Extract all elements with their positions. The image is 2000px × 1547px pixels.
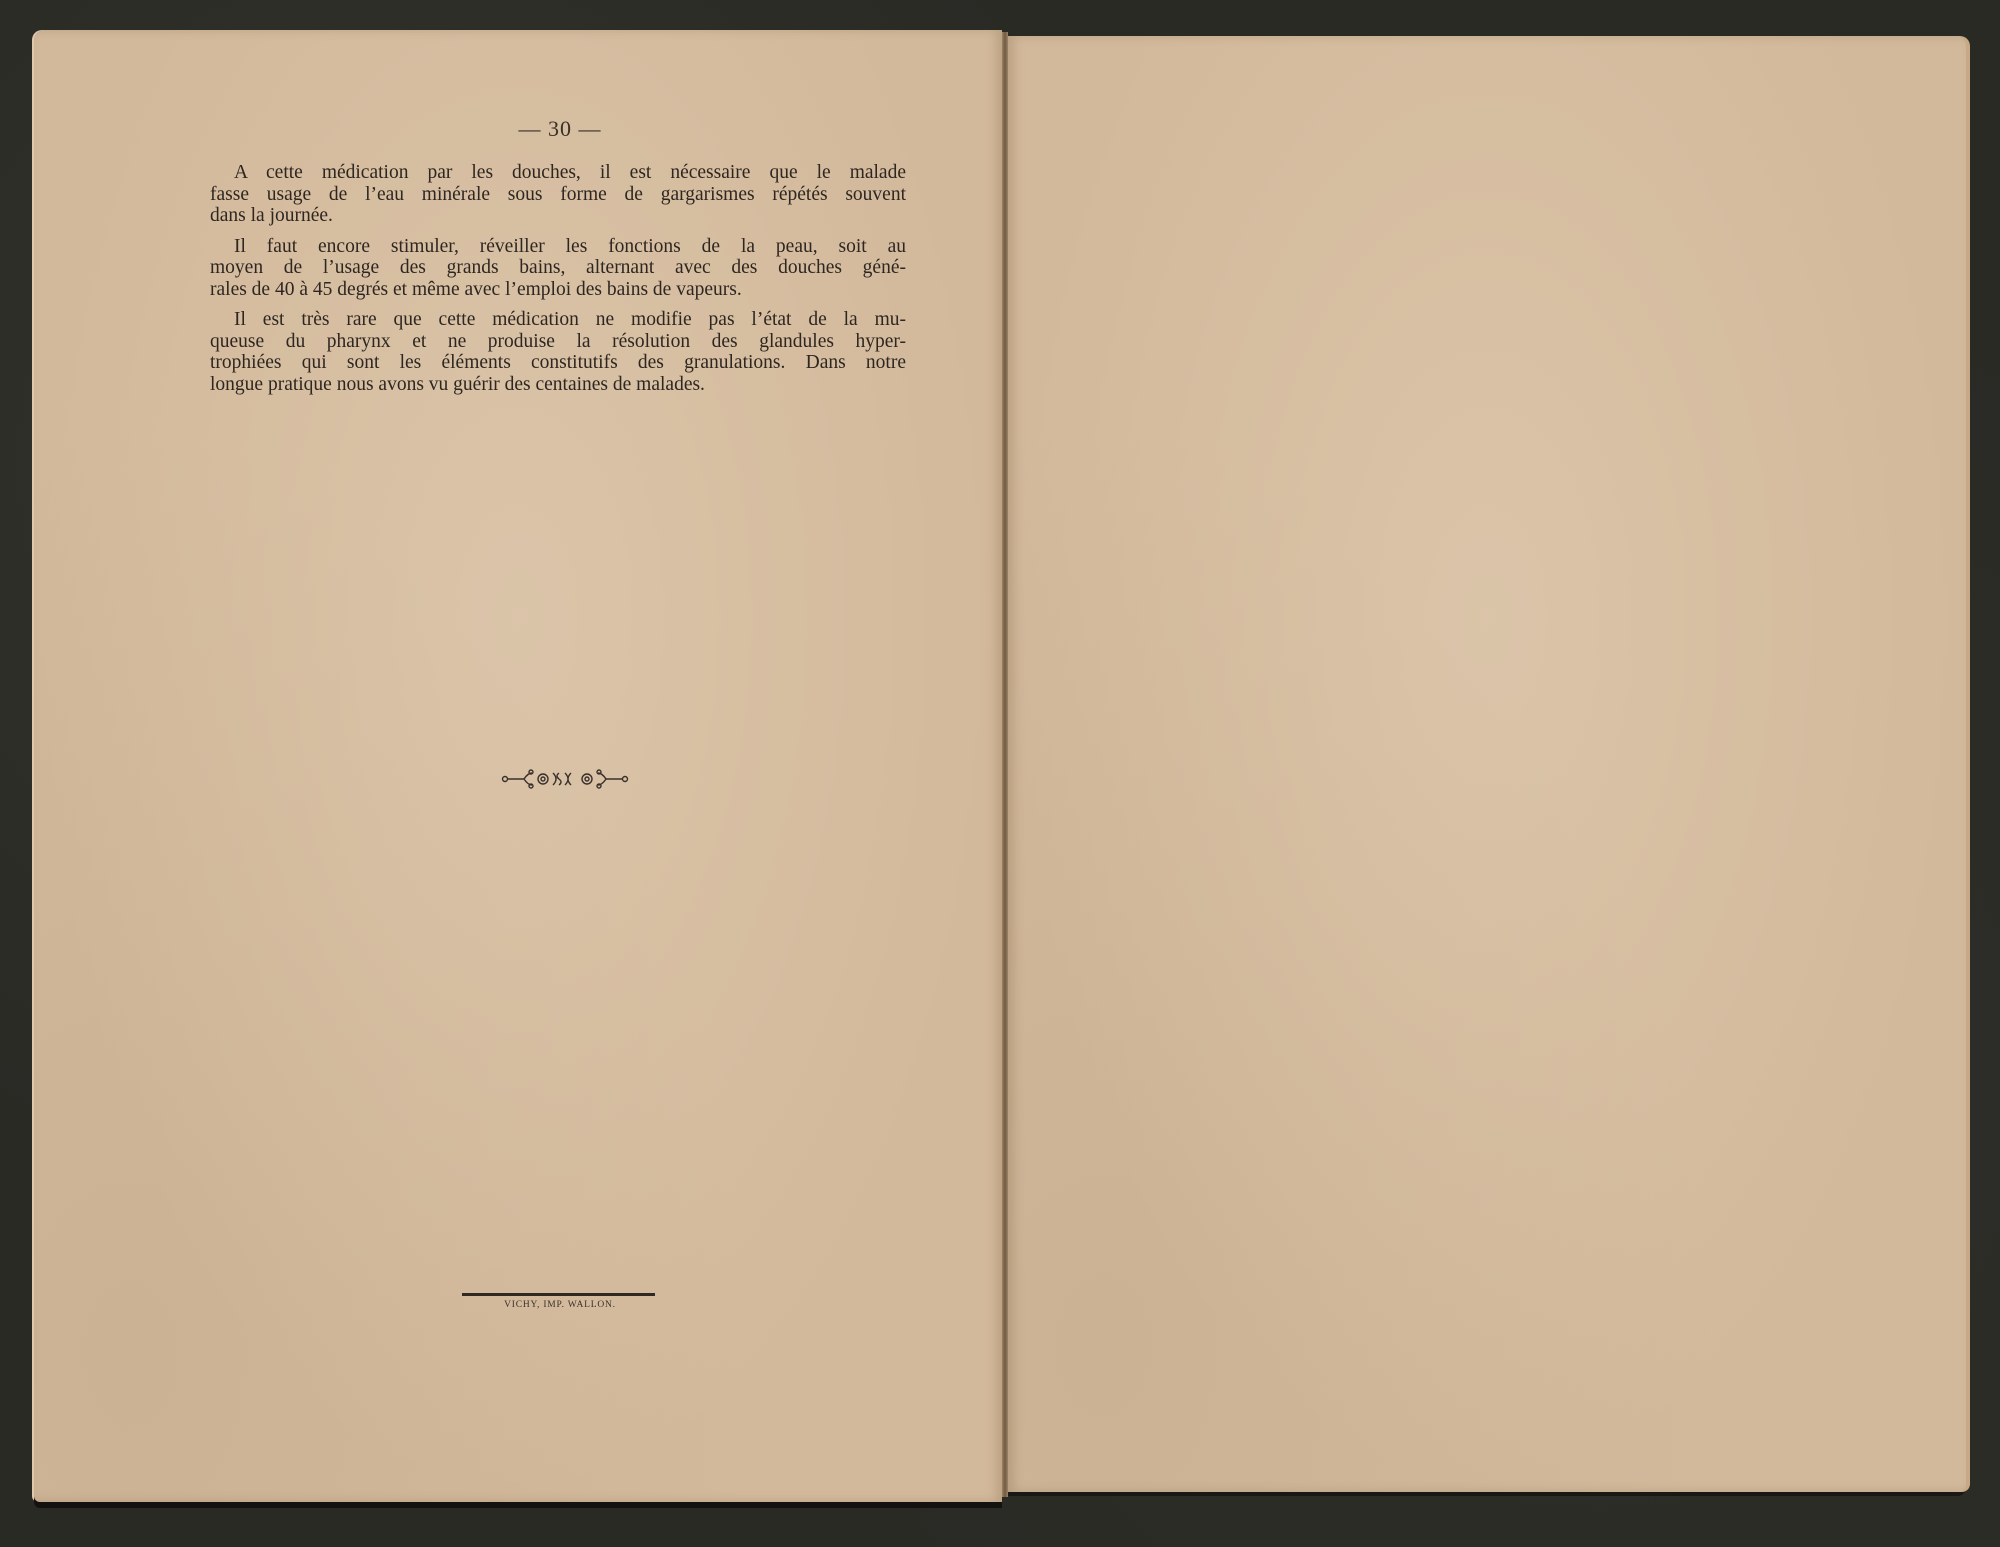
text-line: queuse du pharynx et ne produise la réso…: [210, 331, 906, 353]
right-page-blank: [1008, 36, 1966, 1492]
printer-rule-divider: [462, 1293, 655, 1296]
paragraph-3: Il est très rare que cette médication ne…: [210, 309, 906, 395]
text-line: dans la journée.: [210, 205, 906, 227]
paragraph-1: A cette médication par les douches, il e…: [210, 162, 906, 227]
text-line: Il est très rare que cette médication ne…: [210, 309, 906, 331]
text-line: Il faut encore stimuler, réveiller les f…: [210, 236, 906, 258]
page-number: — 30 —: [500, 116, 620, 142]
text-line: A cette médication par les douches, il e…: [210, 162, 906, 184]
paragraph-2: Il faut encore stimuler, réveiller les f…: [210, 236, 906, 301]
text-line: rales de 40 à 45 degrés et même avec l’e…: [210, 279, 906, 301]
fleuron-ornament-icon: [500, 766, 630, 792]
printer-imprint: VICHY, IMP. WALLON.: [440, 1300, 680, 1310]
body-text: A cette médication par les douches, il e…: [210, 162, 906, 404]
book-spine: [1002, 32, 1008, 1497]
text-line: trophiées qui sont les éléments constitu…: [210, 352, 906, 374]
text-line: fasse usage de l’eau minérale sous forme…: [210, 184, 906, 206]
text-line: moyen de l’usage des grands bains, alter…: [210, 257, 906, 279]
text-line: longue pratique nous avons vu guérir des…: [210, 374, 906, 396]
